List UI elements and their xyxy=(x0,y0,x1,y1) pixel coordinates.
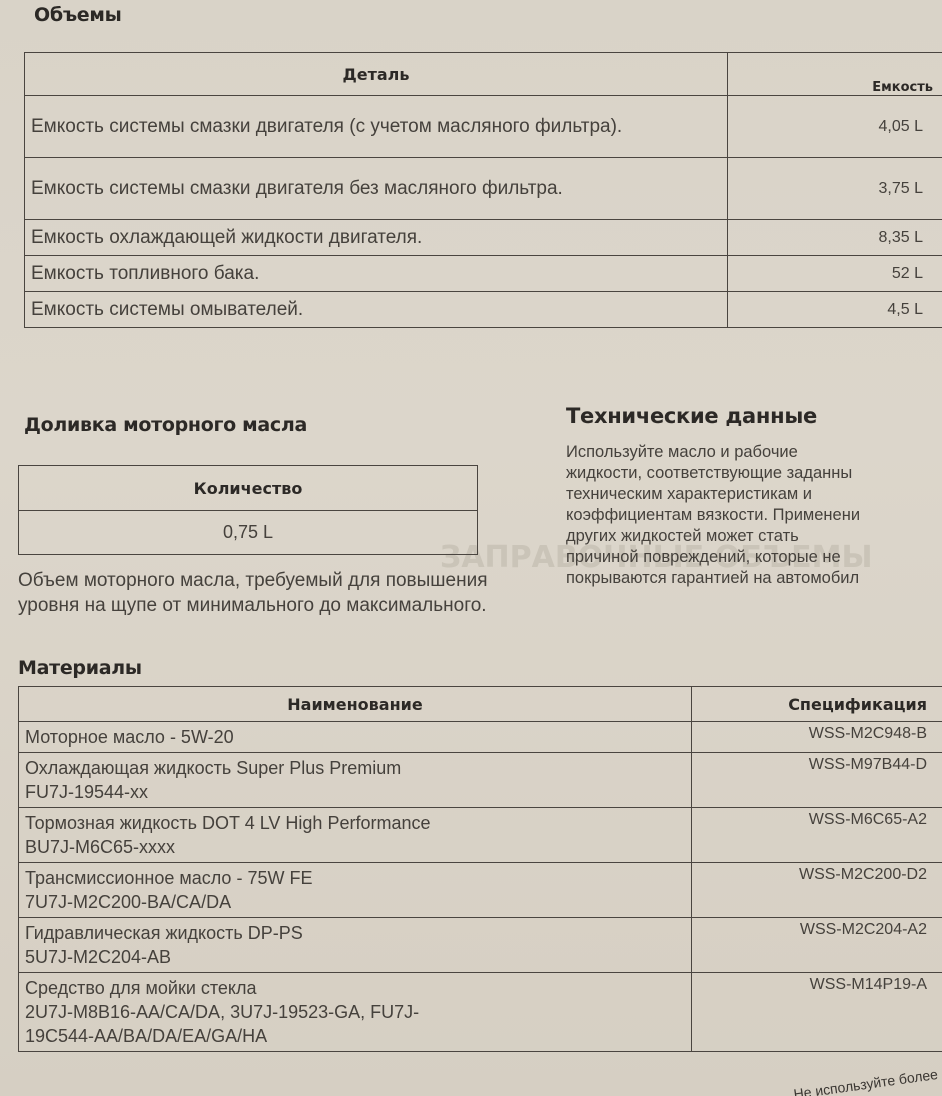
spec-column-header: Спецификация xyxy=(692,687,942,722)
material-name: Гидравлическая жидкость DP-PS5U7J-M2C204… xyxy=(19,918,692,973)
tech-data-line: других жидкостей может стать xyxy=(566,526,942,547)
material-row: Гидравлическая жидкость DP-PS5U7J-M2C204… xyxy=(19,918,942,973)
material-spec: WSS-M2C200-D2 xyxy=(692,863,942,918)
tech-data-line: покрываются гарантией на автомобил xyxy=(566,568,942,589)
tech-data-heading: Технические данные xyxy=(566,404,817,428)
volume-detail: Емкость системы смазки двигателя (с учет… xyxy=(25,96,728,158)
material-spec: WSS-M97B44-D xyxy=(692,753,942,808)
materials-heading: Материалы xyxy=(18,657,142,679)
volume-capacity: 4,05 L xyxy=(728,96,942,158)
volume-row: Емкость охлаждающей жидкости двигателя.8… xyxy=(25,220,942,256)
footer-fragment: Не используйте более xyxy=(792,1066,938,1096)
volume-detail: Емкость системы смазки двигателя без мас… xyxy=(25,158,728,220)
tech-data-line: Используйте масло и рабочие xyxy=(566,442,942,463)
material-part-number: 5U7J-M2C204-AB xyxy=(25,945,485,969)
volume-row: Емкость топливного бака.52 L xyxy=(25,256,942,292)
volume-row: Емкость системы смазки двигателя без мас… xyxy=(25,158,942,220)
tech-data-line: причиной повреждений, которые не xyxy=(566,547,942,568)
detail-column-header: Деталь xyxy=(25,53,728,96)
material-name: Тормозная жидкость DOT 4 LV High Perform… xyxy=(19,808,692,863)
capacity-column-header: Емкость xyxy=(728,53,942,96)
oil-topup-heading: Доливка моторного масла xyxy=(24,414,307,436)
name-column-header: Наименование xyxy=(19,687,692,722)
quantity-column-header: Количество xyxy=(19,466,478,511)
material-spec: WSS-M2C948-B xyxy=(692,722,942,753)
volume-capacity: 4,5 L xyxy=(728,292,942,328)
material-row: Моторное масло - 5W-20WSS-M2C948-B xyxy=(19,722,942,753)
material-row: Тормозная жидкость DOT 4 LV High Perform… xyxy=(19,808,942,863)
material-name: Моторное масло - 5W-20 xyxy=(19,722,692,753)
material-row: Трансмиссионное масло - 75W FE7U7J-M2C20… xyxy=(19,863,942,918)
material-spec: WSS-M14P19-A xyxy=(692,973,942,1052)
materials-table: Наименование Спецификация Моторное масло… xyxy=(18,686,942,1052)
volumes-table: Деталь Емкость Емкость системы смазки дв… xyxy=(24,52,942,328)
volume-detail: Емкость системы омывателей. xyxy=(25,292,728,328)
material-name: Средство для мойки стекла2U7J-M8B16-AA/C… xyxy=(19,973,692,1052)
volume-capacity: 8,35 L xyxy=(728,220,942,256)
volume-detail: Емкость топливного бака. xyxy=(25,256,728,292)
material-part-number: FU7J-19544-xx xyxy=(25,780,485,804)
tech-data-line: техническим характеристикам и xyxy=(566,484,942,505)
volumes-heading: Объемы xyxy=(34,4,122,26)
oil-topup-note: Объем моторного масла, требуемый для пов… xyxy=(18,568,538,618)
material-part-number: 2U7J-M8B16-AA/CA/DA, 3U7J-19523-GA, FU7J… xyxy=(25,1000,485,1048)
material-spec: WSS-M2C204-A2 xyxy=(692,918,942,973)
material-name: Трансмиссионное масло - 75W FE7U7J-M2C20… xyxy=(19,863,692,918)
material-part-number: BU7J-M6C65-xxxx xyxy=(25,835,485,859)
tech-data-line: коэффициентам вязкости. Применени xyxy=(566,505,942,526)
material-name: Охлаждающая жидкость Super Plus PremiumF… xyxy=(19,753,692,808)
volume-capacity: 52 L xyxy=(728,256,942,292)
tech-data-line: жидкости, соответствующие заданны xyxy=(566,463,942,484)
volume-detail: Емкость охлаждающей жидкости двигателя. xyxy=(25,220,728,256)
material-row: Средство для мойки стекла2U7J-M8B16-AA/C… xyxy=(19,973,942,1052)
volume-capacity: 3,75 L xyxy=(728,158,942,220)
material-part-number: 7U7J-M2C200-BA/CA/DA xyxy=(25,890,485,914)
tech-data-paragraph: Используйте масло и рабочиежидкости, соо… xyxy=(566,442,942,589)
volume-row: Емкость системы смазки двигателя (с учет… xyxy=(25,96,942,158)
volume-row: Емкость системы омывателей.4,5 L xyxy=(25,292,942,328)
quantity-value: 0,75 L xyxy=(19,511,478,555)
material-row: Охлаждающая жидкость Super Plus PremiumF… xyxy=(19,753,942,808)
oil-topup-table: Количество 0,75 L xyxy=(18,465,478,555)
manual-page: ЗАПРАВОЧНЫЕ ОБЪЕМЫ Объемы Деталь Емкость… xyxy=(0,0,942,1096)
material-spec: WSS-M6C65-A2 xyxy=(692,808,942,863)
